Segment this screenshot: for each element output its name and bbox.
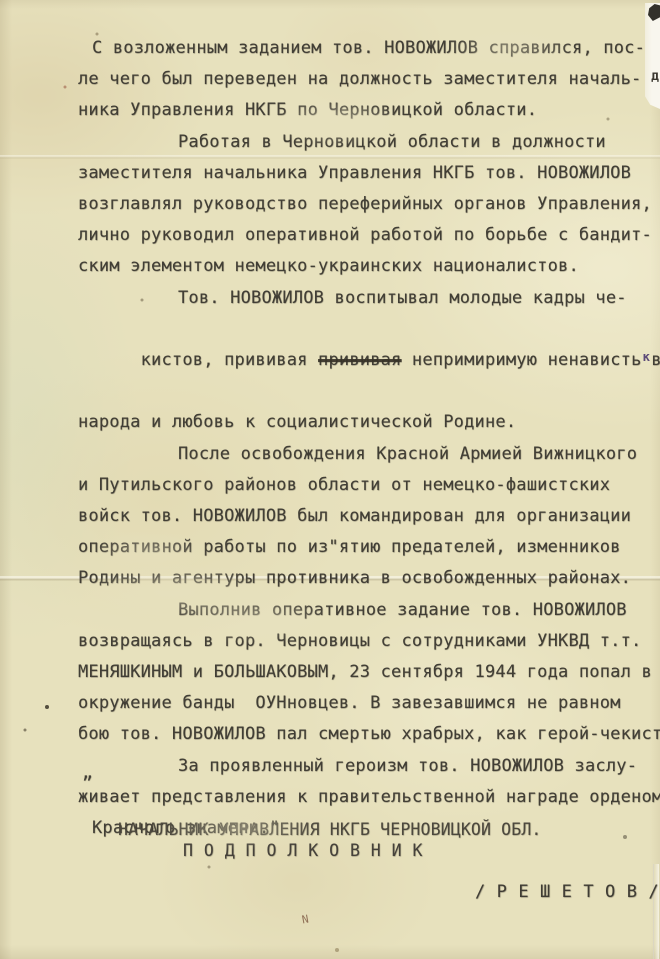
ink-specks: [0, 0, 2, 2]
typewritten-line: Выполнив оперативное задание тов. НОВОЖИ…: [78, 595, 660, 626]
typewritten-line: Тов. НОВОЖИЛОВ воспитывал молодые кадры …: [78, 283, 660, 314]
typewritten-line: МЕНЯШКИНЫМ и БОЛЬШАКОВЫМ, 23 сентября 19…: [78, 657, 660, 688]
typewritten-line: народа и любовь к социалистической Родин…: [78, 407, 660, 438]
signoff-rank: П О Д П О Л К О В Н И К: [183, 841, 423, 860]
typewritten-line: Родины и агентуры противника в освобожде…: [78, 563, 660, 594]
typewritten-line: окружение банды ОУНновцев. В завезавшимс…: [78, 688, 660, 719]
adjacent-page-edge-strip: д: [645, 3, 660, 109]
typewritten-line: С возложенным заданием тов. НОВОЖИЛОВ сп…: [78, 33, 660, 64]
line-segment: врагам: [651, 350, 660, 370]
opening-quote-mark: „: [82, 762, 93, 783]
document-page: С возложенным заданием тов. НОВОЖИЛОВ сп…: [0, 0, 660, 959]
signoff-title: НАЧАЛЬНИК УПРАВЛЕНИЯ НКГБ ЧЕРНОВИЦКОЙ ОБ…: [118, 820, 542, 839]
typewritten-line: живает представления к правительственной…: [78, 782, 660, 813]
typewritten-line: ника Управления НКГБ по Черновицкой обла…: [78, 95, 660, 126]
typewritten-line: Работая в Черновицкой области в должност…: [78, 127, 660, 158]
signature-name: / Р Е Ш Е Т О В /: [475, 882, 659, 902]
struck-word: прививая: [318, 350, 401, 370]
edge-dark-mark: [648, 4, 660, 21]
typewritten-line: заместителя начальника Управления НКГБ т…: [78, 158, 660, 189]
handwritten-mark: N: [301, 913, 310, 927]
typewritten-line: войск тов. НОВОЖИЛОВ был командирован дл…: [78, 501, 660, 532]
typewritten-line: После освобождения Красной Армией Вижниц…: [78, 439, 660, 470]
typewritten-line-with-correction: кистов, прививая прививая непримиримую н…: [78, 314, 660, 408]
typewritten-line: За проявленный героизм тов. НОВОЖИЛОВ за…: [78, 751, 660, 782]
typewritten-line: бою тов. НОВОЖИЛОВ пал смертью храбрых, …: [78, 719, 660, 750]
typewritten-line: лично руководил оперативной работой по б…: [78, 220, 660, 251]
typewritten-line: ле чего был переведен на должность замес…: [78, 64, 660, 95]
document-body: С возложенным заданием тов. НОВОЖИЛОВ сп…: [78, 33, 660, 844]
typewritten-line: возвращаясь в гор. Черновицы с сотрудник…: [78, 626, 660, 657]
adjacent-page-text-fragment: д: [651, 69, 659, 84]
typewritten-line: ским элементом немецко-украинских национ…: [78, 251, 660, 282]
page-edge-bottom-right: [653, 864, 659, 959]
typewritten-line: и Путильского районов области от немецко…: [78, 470, 660, 501]
inserted-letter: к: [643, 349, 651, 364]
line-segment: кистов, прививая: [141, 350, 318, 370]
typewritten-line: оперативной работы по из"ятию предателей…: [78, 532, 660, 563]
line-segment: непримиримую ненависть: [402, 350, 642, 370]
typewritten-line: возглавлял руководство переферийных орга…: [78, 189, 660, 220]
